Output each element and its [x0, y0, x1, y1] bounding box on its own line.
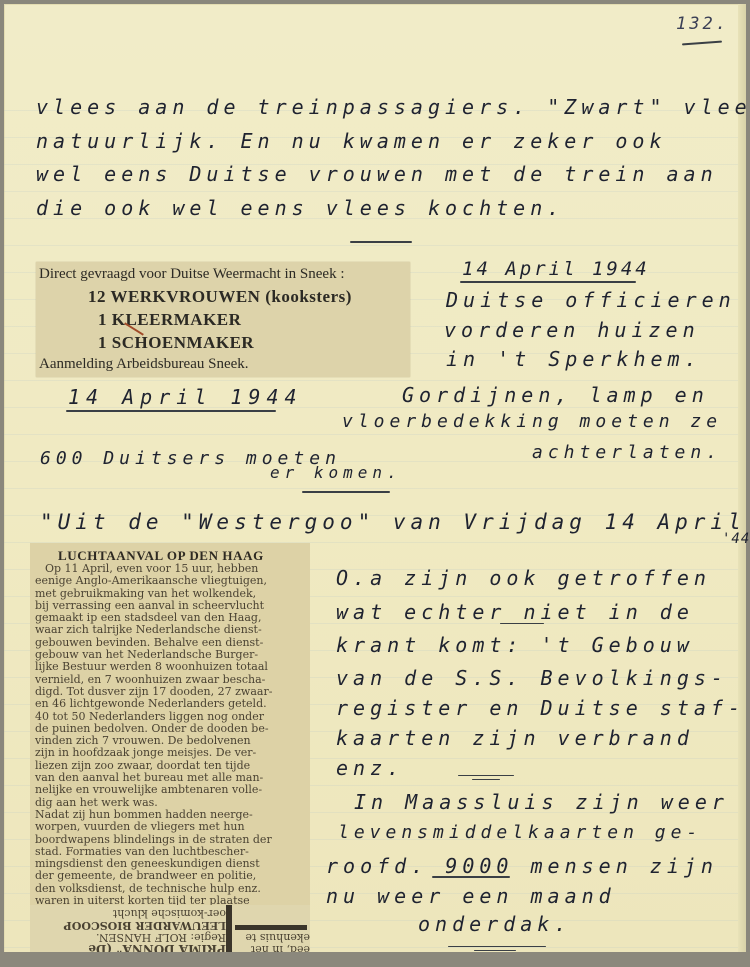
news-line: nelijke en vrouwelijke ambtenaren volle- [35, 784, 307, 796]
intro-line-3: wel eens Duitse vrouwen met de trein aan [36, 162, 718, 186]
entry-right-date: 14 April 1944 [462, 258, 650, 280]
news-line: boordwapens blindelings in de straten de… [35, 834, 307, 846]
news-line: en 46 lichtgewonde Nederlanders geteld. [35, 698, 307, 710]
entry-left-date-underline [66, 410, 276, 412]
upside-down-column-left: PRIMA DONNA" (De Regie: ROLF HANSEN. LEE… [30, 905, 226, 955]
commentary-line-4: van de S.S. Bevolkings- [336, 666, 728, 690]
section-divider-4 [448, 946, 546, 947]
entry-right-line-3: in 't Sperkhem. [446, 347, 702, 371]
source-heading: "Uit de "Westergoo" van Vrijdag 14 April [40, 510, 746, 534]
page-edge [738, 4, 746, 954]
entry-left-line-2: er komen. [270, 463, 402, 482]
entry-right-line-1: Duitse officieren [446, 288, 736, 312]
ad-item-werkvrouwen: 12 WERKVROUWEN (kooksters) [88, 287, 352, 307]
news-line: 40 tot 50 Nederlanders liggen nog onder [35, 711, 307, 723]
maassluis-line-2: levensmiddelkaarten ge- [338, 822, 702, 843]
upside-line: ekenhuis te [235, 931, 310, 943]
newspaper-clipping-news: LUCHTAANVAL OP DEN HAAG Op 11 April, eve… [30, 543, 310, 955]
ad-item-kleermaker: 1 KLEERMAKER [98, 310, 241, 330]
ad-item-schoenmaker: 1 SCHOENMAKER [98, 333, 254, 353]
entry-right-line-2: vorderen huizen [444, 318, 700, 342]
upside-down-clipping: PRIMA DONNA" (De Regie: ROLF HANSEN. LEE… [30, 905, 310, 955]
commentary-line-6: kaarten zijn verbrand [336, 726, 694, 750]
section-divider-3b [472, 779, 500, 780]
entry-right-line-5: vloerbedekking moeten ze [342, 411, 722, 432]
news-line: lijke Bestuur werden 8 woonhuizen totaal [35, 661, 307, 673]
section-divider [350, 241, 412, 243]
commentary-line-5: register en Duitse staf- [336, 696, 745, 720]
upside-line: oer-komische klucht [30, 907, 226, 919]
entry-right-line-6: achterlaten. [532, 442, 722, 463]
entry-left-date: 14 April 1944 [68, 385, 303, 409]
upside-line: Regie: ROLF HANSEN. [30, 931, 226, 943]
intro-line-2: natuurlijk. En nu kwamen er zeker ook [36, 129, 667, 153]
ad-heading: Direct gevraagd voor Duitse Weermacht in… [39, 266, 345, 283]
entry-right-date-underline [460, 281, 636, 283]
ad-footer: Aanmelding Arbeidsbureau Sneek. [39, 356, 249, 373]
upside-down-column-right: eed, in het ekenhuis te [235, 905, 310, 955]
section-divider-3 [458, 775, 514, 776]
newspaper-clipping-ad: Direct gevraagd voor Duitse Weermacht in… [36, 262, 410, 377]
upside-line: LEEUWARDER BIOSCOOP [30, 919, 226, 931]
news-line: waar zich talrijke Nederlandsche dienst- [35, 624, 307, 636]
page-number: 132. [676, 14, 729, 34]
maassluis-line-1: In Maassluis zijn weer [354, 790, 729, 814]
9000-underline [432, 876, 510, 878]
news-line: zijn in hoofdzaak jonge meisjes. De ver- [35, 747, 307, 759]
source-heading-year: '44 [722, 531, 750, 547]
news-line: der gemeente, de brandweer en politie, [35, 870, 307, 882]
commentary-line-1: O.a zijn ook getroffen [336, 566, 711, 590]
section-divider-2 [302, 491, 390, 493]
news-line: eenige Anglo-Amerikaansche vliegtuigen, [35, 575, 307, 587]
niet-underline [500, 623, 544, 624]
intro-line-4: die ook wel eens vlees kochten. [36, 196, 564, 220]
commentary-line-3: krant komt: 't Gebouw [336, 633, 694, 657]
commentary-line-2: wat echter niet in de [336, 600, 694, 624]
commentary-line-7: enz. [336, 756, 404, 780]
maassluis-line-3: roofd. 9000 mensen zijn [326, 854, 718, 878]
background-strip [0, 952, 750, 967]
news-body: Op 11 April, even voor 15 uur, hebben ee… [35, 563, 307, 920]
entry-right-line-4: Gordijnen, lamp en [402, 383, 709, 407]
news-line: worpen, vuurden de vliegers met hun [35, 821, 307, 833]
intro-line-1: vlees aan de treinpassagiers. "Zwart" vl… [36, 95, 750, 119]
section-divider-4b [474, 950, 516, 951]
maassluis-line-5: onderdak. [418, 912, 571, 936]
maassluis-line-4: nu weer een maand [326, 884, 616, 908]
column-divider [226, 905, 232, 955]
